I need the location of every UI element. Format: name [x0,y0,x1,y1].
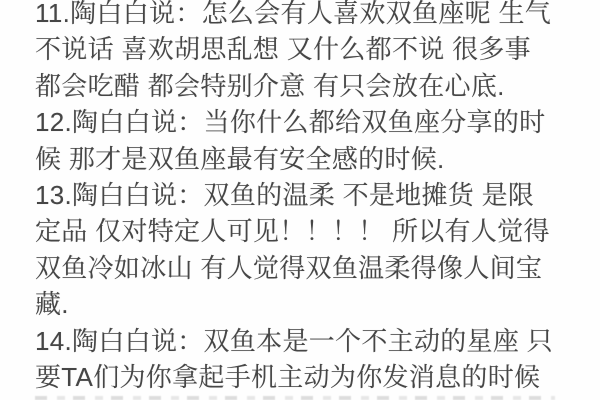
text-line: 12.陶白白说：当你什么都给双鱼座分享的时 [35,104,570,140]
quote-item-13: 13.陶白白说：双鱼的温柔 不是地摊货 是限 定品 仅对特定人可见！！！！ 所以… [35,177,570,323]
text-line: 都会吃醋 都会特别介意 有只会放在心底. [35,68,570,104]
text-line: 13.陶白白说：双鱼的温柔 不是地摊货 是限 [35,177,570,213]
text-line: 候 那才是双鱼座最有安全感的时候. [35,141,570,177]
text-line: 藏. [35,286,570,322]
quotes-text-block: 11.陶白白说：怎么会有人喜欢双鱼座呢 生气 不说话 喜欢胡思乱想 又什么都不说… [35,0,570,395]
text-line: 双鱼冷如冰山 有人觉得双鱼温柔得像人间宝 [35,250,570,286]
text-line: 不说话 喜欢胡思乱想 又什么都不说 很多事 [35,31,570,67]
text-line: 11.陶白白说：怎么会有人喜欢双鱼座呢 生气 [35,0,570,31]
text-line: 14.陶白白说：双鱼本是一个不主动的星座 只 [35,323,570,359]
text-line: 定品 仅对特定人可见！！！！ 所以有人觉得 [35,213,570,249]
quote-item-11: 11.陶白白说：怎么会有人喜欢双鱼座呢 生气 不说话 喜欢胡思乱想 又什么都不说… [35,0,570,104]
text-screenshot-page: 11.陶白白说：怎么会有人喜欢双鱼座呢 生气 不说话 喜欢胡思乱想 又什么都不说… [0,0,600,400]
text-line: 要TA们为你拿起手机主动为你发消息的时候 [35,359,570,395]
cropped-next-line-artifact [35,396,555,400]
quote-item-12: 12.陶白白说：当你什么都给双鱼座分享的时 候 那才是双鱼座最有安全感的时候. [35,104,570,177]
quote-item-14: 14.陶白白说：双鱼本是一个不主动的星座 只 要TA们为你拿起手机主动为你发消息… [35,323,570,396]
